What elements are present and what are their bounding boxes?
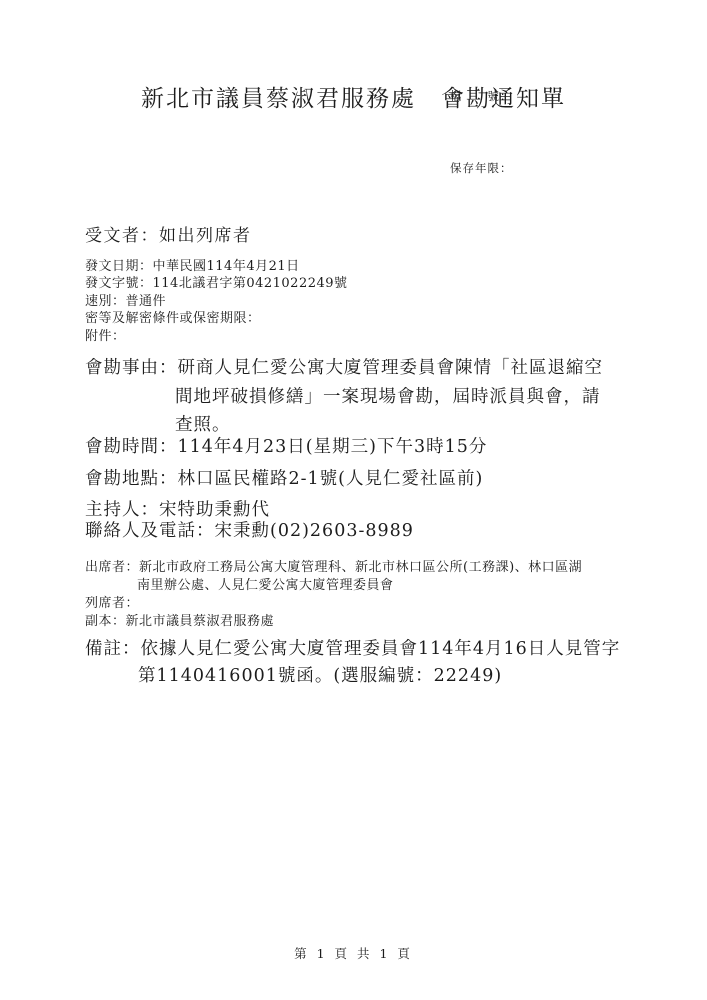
recipient-line: 受文者：如出列席者 <box>85 221 252 246</box>
inspection-time-value: 114年4月23日(星期三)下午3時15分 <box>178 437 488 457</box>
subject-text-1: 研商人見仁愛公寓大廈管理委員會陳情「社區退縮空 <box>178 358 604 378</box>
inspection-location-label: 會勘地點： <box>85 469 178 489</box>
notes-line-1: 備註：依據人見仁愛公寓大廈管理委員會114年4月16日人見管字 <box>85 636 620 663</box>
security-class-line: 密等及解密條件或保密期限： <box>85 310 348 327</box>
contact-line: 聯絡人及電話：宋秉勳(02)2603-8989 <box>85 517 414 542</box>
page-indicator: 第 1 頁 共 1 頁 <box>0 944 707 962</box>
recipient-value: 如出列席者 <box>159 226 252 246</box>
attendees-line-2: 南里辦公處、人見仁愛公寓大廈管理委員會 <box>137 577 645 595</box>
issue-date-line: 發文日期：中華民國114年4月21日 <box>85 258 348 275</box>
retention-period-label: 保存年限： <box>450 156 513 180</box>
attendees-line-1: 出席者：新北市政府工務局公寓大廈管理科、新北市林口區公所(工務課)、林口區湖 <box>85 559 645 577</box>
doc-number-line: 發文字號：114北議君字第0421022249號 <box>85 275 348 292</box>
subject-line-2: 間地坪破損修繕」一案現場會勘，屆時派員與會，請 <box>175 383 603 412</box>
document-title: 新北市議員蔡淑君服務處 會勘通知單 <box>0 80 707 113</box>
document-page: 檔 號： 保存年限： 新北市議員蔡淑君服務處 會勘通知單 受文者：如出列席者 發… <box>0 0 707 1000</box>
attendees-text-1: 新北市政府工務局公寓大廈管理科、新北市林口區公所(工務課)、林口區湖 <box>139 560 582 575</box>
notes-text-1: 依據人見仁愛公寓大廈管理委員會114年4月16日人見管字 <box>141 639 621 659</box>
notes-label: 備註： <box>85 639 141 659</box>
speed-class-line: 速別：普通件 <box>85 293 348 310</box>
contact-label: 聯絡人及電話： <box>85 521 215 541</box>
inspection-location-value: 林口區民權路2-1號(人見仁愛社區前) <box>178 469 484 489</box>
attendees-section: 出席者：新北市政府工務局公寓大廈管理科、新北市林口區公所(工務課)、林口區湖 南… <box>85 559 645 631</box>
cc-line: 副本：新北市議員蔡淑君服務處 <box>85 613 645 631</box>
attendees-label: 出席者： <box>85 560 139 575</box>
notes-line-2: 第1140416001號函。(選服編號：22249) <box>138 663 620 690</box>
cc-value: 新北市議員蔡淑君服務處 <box>126 614 275 629</box>
recipient-label: 受文者： <box>85 226 159 246</box>
notes-section: 備註：依據人見仁愛公寓大廈管理委員會114年4月16日人見管字 第1140416… <box>85 636 620 690</box>
inspection-location-line: 會勘地點：林口區民權路2-1號(人見仁愛社區前) <box>85 465 483 490</box>
observers-line: 列席者： <box>85 595 645 613</box>
inspection-time-line: 會勘時間：114年4月23日(星期三)下午3時15分 <box>85 433 487 458</box>
cc-label: 副本： <box>85 614 126 629</box>
file-info-block: 檔 號： 保存年限： <box>450 36 513 228</box>
inspection-subject-section: 會勘事由：研商人見仁愛公寓大廈管理委員會陳情「社區退縮空 間地坪破損修繕」一案現… <box>85 354 603 440</box>
inspection-time-label: 會勘時間： <box>85 437 178 457</box>
contact-value: 宋秉勳(02)2603-8989 <box>215 521 414 541</box>
issuance-meta-block: 發文日期：中華民國114年4月21日 發文字號：114北議君字第04210222… <box>85 258 348 345</box>
attachment-line: 附件： <box>85 328 348 345</box>
subject-line-1: 會勘事由：研商人見仁愛公寓大廈管理委員會陳情「社區退縮空 <box>85 354 603 383</box>
subject-label: 會勘事由： <box>85 358 178 378</box>
